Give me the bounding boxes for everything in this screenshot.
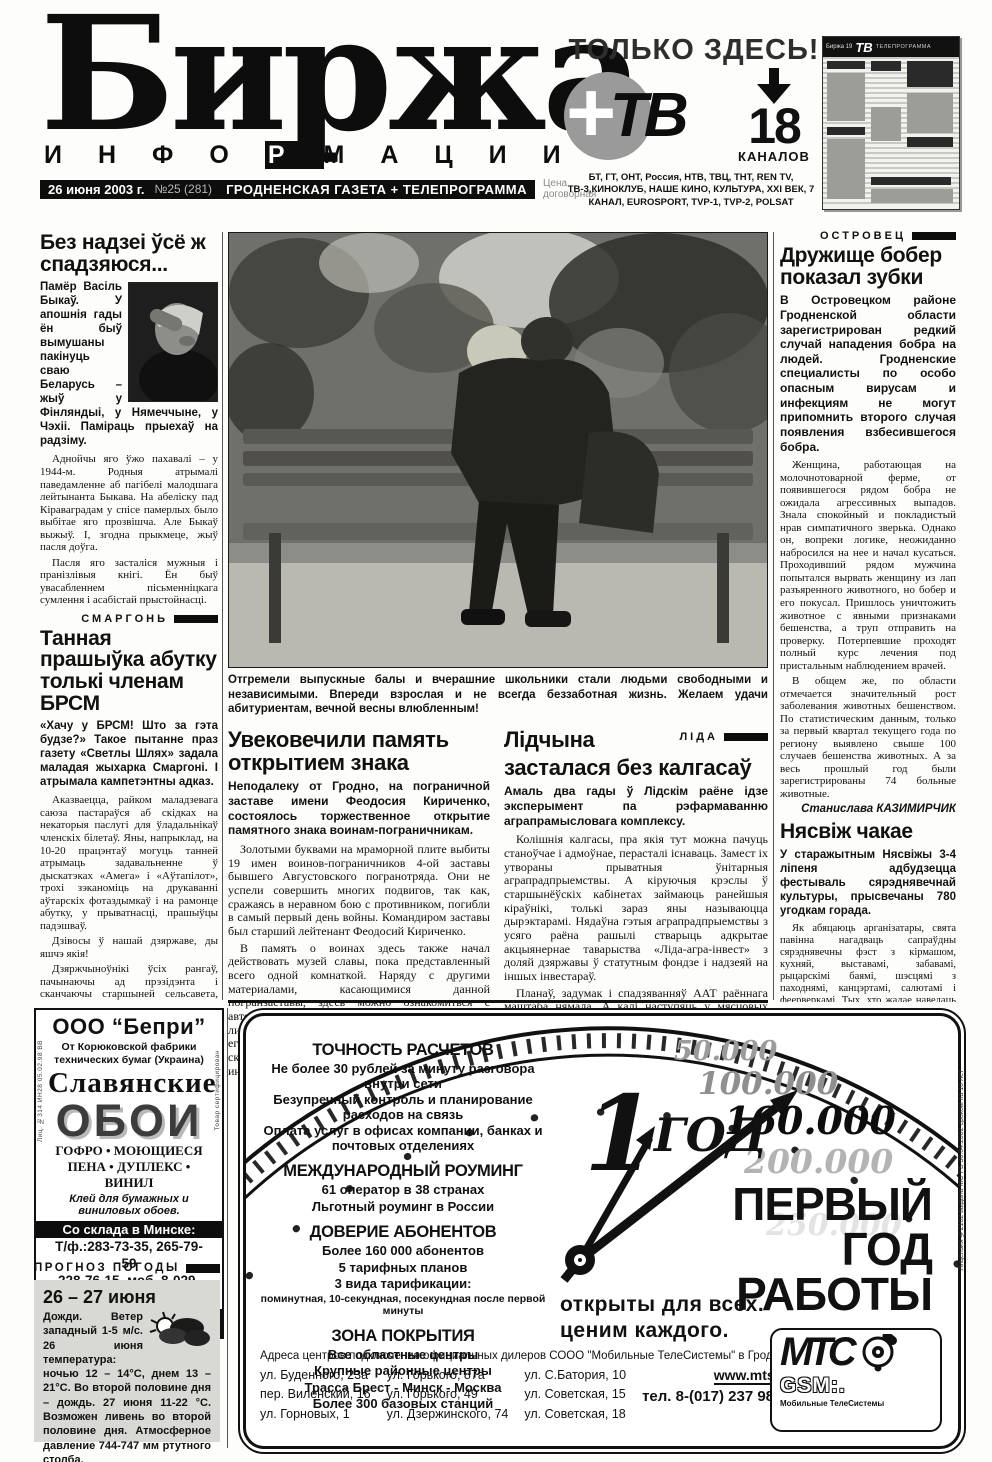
mts-dial-icon xyxy=(858,1334,898,1374)
section-bar xyxy=(912,232,956,240)
article-paragraph: Колішнія калгасы, пра якія тут можна пач… xyxy=(504,833,768,983)
tv-letters: ТВ xyxy=(610,80,685,151)
bepri-subtitle: От Корюковской фабрики технических бумаг… xyxy=(48,1041,210,1066)
article-lead-lida: Амаль два гады ў Лідскім раёне ідзе эксп… xyxy=(504,784,768,828)
bepri-certified-vertical: Товар сертифицирован xyxy=(214,1050,221,1131)
section-bar xyxy=(724,733,768,741)
thumbnail-content xyxy=(823,57,959,207)
section-header-ostrovets: ОСТРОВЕЦ xyxy=(780,230,956,242)
weather-box: 26 – 27 июня Дожди. Ветер западный 1-5 м… xyxy=(34,1280,220,1442)
sun-cloud-icon xyxy=(149,1310,211,1357)
column-divider xyxy=(773,232,774,1000)
main-photo xyxy=(228,232,768,668)
gsm-logo: GSM:. xyxy=(780,1374,932,1398)
center-column: Отгремели выпускные балы и вчерашние шко… xyxy=(228,232,768,1099)
channels-count: 18 xyxy=(728,104,820,149)
channels-count-label: КАНАЛОВ xyxy=(728,149,820,164)
channels-list: БТ, ГТ, ОНТ, Россия, НТВ, ТВЦ, ТНТ, REN … xyxy=(560,172,822,209)
year-digit: 1 xyxy=(584,1082,656,1186)
article-lead-memorial: Неподалеку от Гродно, на пограничной зас… xyxy=(228,779,490,838)
bykov-portrait-photo xyxy=(128,282,218,402)
bepri-features: ГОФРО • МОЮЩИЕСЯ ПЕНА • ДУПЛЕКС • ВИНИЛ xyxy=(48,1143,210,1192)
mts-section-title: ТОЧНОСТЬ РАСЧЕТОВ xyxy=(260,1041,546,1060)
article-paragraph: Аднойчы яго ўжо пахавалі – у 1944-м. Род… xyxy=(40,453,218,553)
article-paragraph: Женщина, работающая на молочнотоварной ф… xyxy=(780,459,956,672)
article-lead-brsm: «Хачу у БРСМ! Што за гэта будзе?» Такое … xyxy=(40,719,218,789)
mts-ad: 50.000 100.000 160.000 200.000 250.000 1… xyxy=(238,1008,966,1454)
thumbnail-title: ТЕЛЕПРОГРАММА xyxy=(876,44,931,50)
mts-slogan: открыты для всех. ценим каждого. xyxy=(560,1292,764,1345)
photo-caption: Отгремели выпускные балы и вчерашние шко… xyxy=(228,673,768,717)
mts-section-title: ДОВЕРИЕ АБОНЕНТОВ xyxy=(260,1223,546,1242)
subtitle-part-highlight: Р xyxy=(265,141,324,169)
article-paragraph: Золотыми буквами на мраморной плите выби… xyxy=(228,843,490,939)
mts-license-vertical: Лицензия №2162 выдана МС РБ 30.04.2002 с… xyxy=(958,1070,965,1270)
article-paragraph: Аказваецца, райком маладзевага саюза пас… xyxy=(40,794,218,932)
article-headline-brsm: Танная прашыўка абутку толькі членам БРС… xyxy=(40,628,218,715)
weather-dates: 26 – 27 июня xyxy=(43,1287,211,1308)
bepri-glue-note: Клей для бумажных и виниловых обоев. xyxy=(48,1193,210,1218)
mts-logo-box: МТС GSM:. Мобильные ТелеСистемы xyxy=(770,1328,942,1432)
right-column: ОСТРОВЕЦ Дружище бобер показал зубки В О… xyxy=(780,230,956,1002)
section-bar xyxy=(186,1264,220,1273)
thumbnail-masthead: Биржа 19 xyxy=(826,44,852,50)
left-column: Без надзеі ўсё ж спадзяюся... Памёр Васі… xyxy=(40,230,218,1002)
dealers-col3: ул. С.Батория, 10 ул. Советская, 15 ул. … xyxy=(524,1367,626,1425)
issue-date: 26 июня 2003 г. xyxy=(48,182,144,197)
mts-logo-text: МТС xyxy=(780,1334,852,1370)
article-lead-beaver: В Островецком районе Гродненской области… xyxy=(780,293,956,454)
article-signature: Станислава КАЗИМИРЧИК xyxy=(780,803,956,815)
mts-dealers: Адреса центров подключения официальных д… xyxy=(260,1350,790,1425)
newspaper-front-page: Биржа ИНФОРМАЦИИ 26 июня 2003 г. №25 (28… xyxy=(0,0,992,1462)
issue-number: №25 (281) xyxy=(154,182,212,196)
year-word: ГОД xyxy=(654,1108,767,1162)
plus-icon: + xyxy=(566,64,616,163)
tv-program-thumbnail: Биржа 19 ТВ ТЕЛЕПРОГРАММА xyxy=(822,36,960,210)
newspaper-subtitle: ИНФОРМАЦИИ xyxy=(44,141,560,170)
bepri-license-vertical: Лиц. №314 ИН28 05.02.98 ВВ xyxy=(37,1040,44,1142)
article-paragraph: Пасля яго засталіся мужныя і пранізлівыя… xyxy=(40,557,218,607)
subtitle-part: ИНФО xyxy=(44,141,265,169)
article-headline-memorial: Увековечили память открытием знака xyxy=(228,729,490,774)
article-lead-nesvizh: У старажытным Нясвіжы 3-4 ліпеня адбудзе… xyxy=(780,848,956,918)
plus-tv-logo: + ТВ xyxy=(564,72,714,164)
article-headline-lida-line2: засталася без калгасаў xyxy=(504,757,768,780)
thumbnail-tv-logo: ТВ xyxy=(855,40,872,55)
section-bar xyxy=(174,615,218,623)
mts-section-title: ЗОНА ПОКРЫТИЯ xyxy=(260,1327,546,1346)
article-paragraph: В общем же, по области отмечается значит… xyxy=(780,675,956,800)
scale-50000: 50.000 xyxy=(674,1036,777,1067)
article-headline-nesvizh: Нясвіж чакае xyxy=(780,821,956,843)
tv-promo: ТОЛЬКО ЗДЕСЬ! + ТВ 18 КАНАЛОВ БТ, ГТ, ОН… xyxy=(560,34,960,220)
bepri-minsk-header: Со склада в Минске: xyxy=(36,1221,222,1238)
article-paragraph: Дзяржчыноўнікі ўсіх рангаў, пачынаючы ад… xyxy=(40,963,218,1002)
article-paragraph: Як абяцаюць арганізатары, свята павінна … xyxy=(780,923,956,1002)
thumbnail-header: Биржа 19 ТВ ТЕЛЕПРОГРАММА xyxy=(823,37,959,57)
scale-100000: 100.000 xyxy=(698,1066,838,1102)
date-bar: 26 июня 2003 г. №25 (281) ГРОДНЕНСКАЯ ГА… xyxy=(40,180,535,199)
newspaper-tagline: ГРОДНЕНСКАЯ ГАЗЕТА + ТЕЛЕПРОГРАММА xyxy=(226,182,527,197)
section-header-lida: ЛІДА xyxy=(679,731,768,743)
subtitle-part: МАЦИИ xyxy=(324,141,597,169)
promo-headline: ТОЛЬКО ЗДЕСЬ! xyxy=(560,34,828,67)
dealers-col2: ул. Горького, 87а ул. Горького, 49 ул. Д… xyxy=(387,1367,509,1425)
article-paragraph: Дзівосы ў нашай дзяржаве, ды яшчэ якія! xyxy=(40,935,218,960)
section-header-smorgon: СМАРГОНЬ xyxy=(40,613,218,625)
article-headline-bykov: Без надзеі ўсё ж спадзяюся... xyxy=(40,232,218,275)
channels-count-block: 18 КАНАЛОВ xyxy=(728,68,820,164)
dealers-intro: Адреса центров подключения официальных д… xyxy=(260,1350,790,1362)
dealers-col1: ул. Буденного, 23а пер. Виленский, 16 ул… xyxy=(260,1367,371,1425)
column-divider xyxy=(222,232,223,1000)
mts-section-title: МЕЖДУНАРОДНЫЙ РОУМИНГ xyxy=(260,1162,546,1181)
masthead: Биржа ИНФОРМАЦИИ 26 июня 2003 г. №25 (28… xyxy=(40,2,560,200)
newspaper-title: Биржа xyxy=(40,2,560,147)
weather-header: ПРОГНОЗ ПОГОДЫ xyxy=(34,1262,220,1274)
bepri-brand-line2: ОБОИ xyxy=(48,1100,210,1143)
article-lead-bykov: Памёр Васіль Быкаў. У апошнія гады ён бы… xyxy=(40,280,218,448)
arrow-down-icon xyxy=(769,68,779,84)
article-headline-beaver: Дружище бобер показал зубки xyxy=(780,245,956,288)
article-headline-lida-line1: Лідчына xyxy=(504,729,595,752)
bepri-company-name: ООО “Бепри” xyxy=(48,1014,210,1040)
mts-company-name: Мобильные ТелеСистемы xyxy=(780,1399,932,1408)
